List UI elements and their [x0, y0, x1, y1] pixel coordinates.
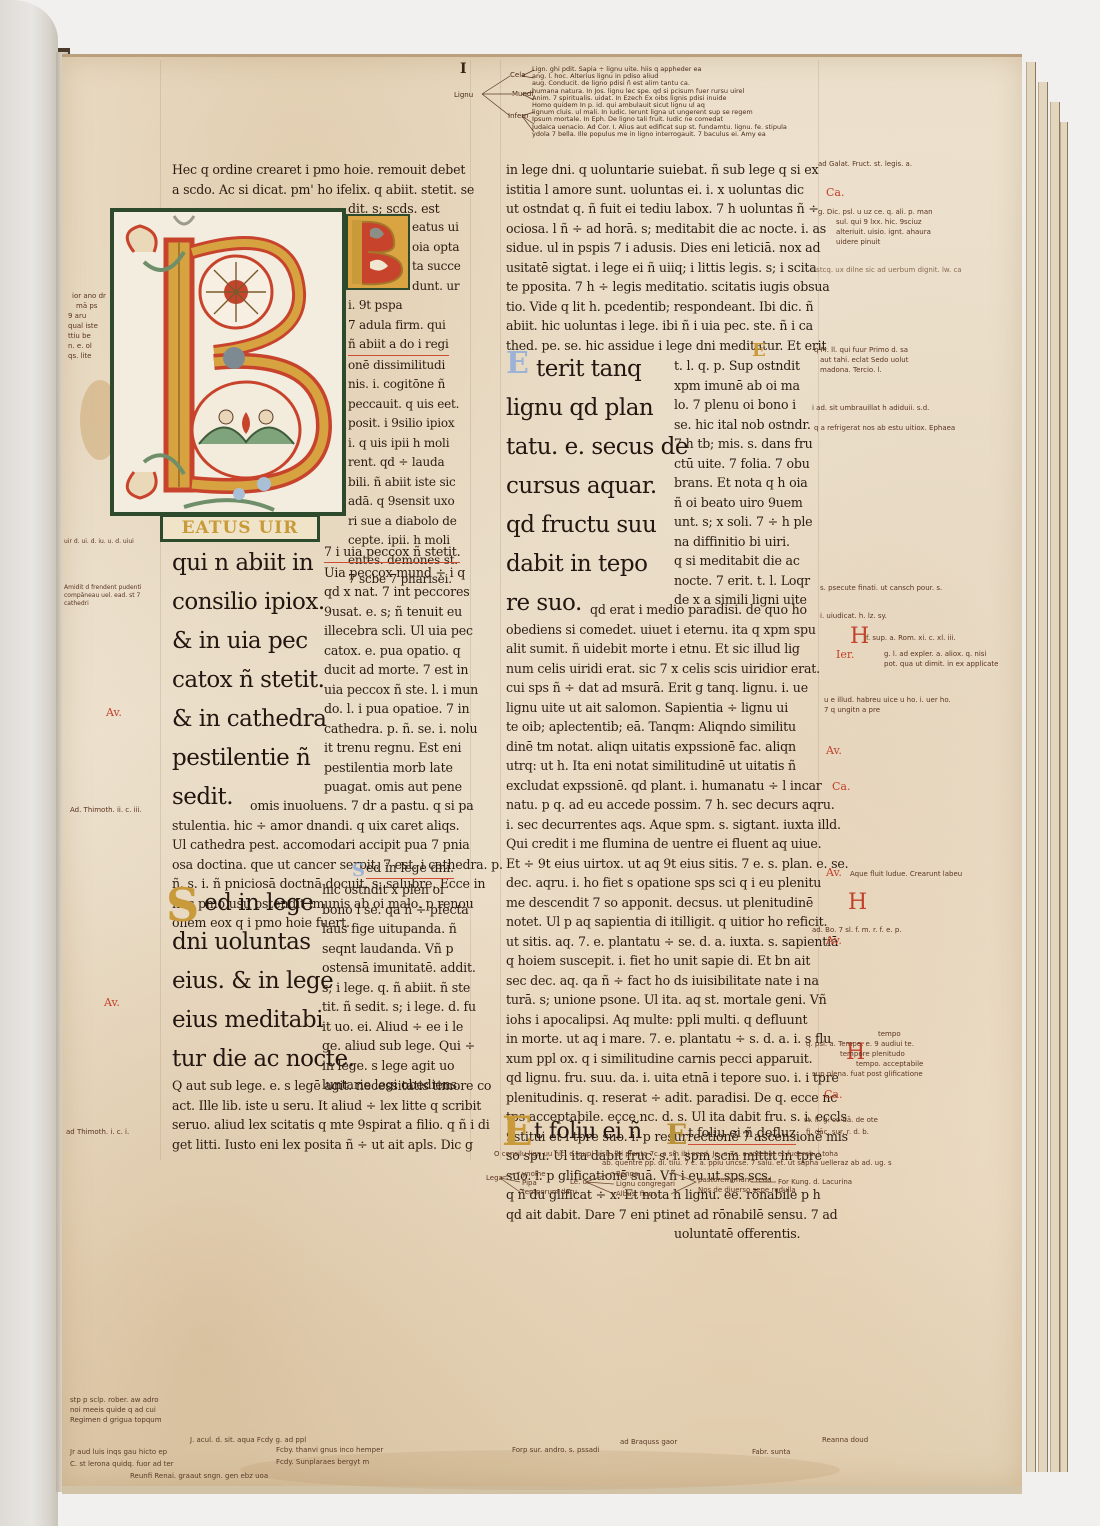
margin-note: ad. Bo. 7 sl. f. m. r. f. e. p.: [812, 926, 902, 934]
diagram-line: pastorem mune redd: [698, 1176, 772, 1185]
footer-note: Fcby. thanvi gnus inco hemper: [276, 1446, 383, 1455]
rubric-mark: Av.: [104, 996, 120, 1009]
footer-note: Fcdy. Sunplaraes bergyt m: [276, 1458, 369, 1467]
rubric-mark: Ca.: [832, 780, 850, 793]
gloss-line: notet. Ul p aq sapientia di itilligit. q…: [506, 912, 848, 932]
gloss-line: ut sitis. aq. 7. e. plantatu ÷ se. d. a.…: [506, 932, 848, 952]
gloss-line: a scdo. Ac si dicat. pm' ho ifelix. q ab…: [172, 180, 474, 200]
gloss-line: turā. s; unione psone. Ul ita. aq st. mo…: [506, 990, 848, 1010]
gloss-line: q si meditabit die ac: [674, 551, 813, 571]
gloss-line: uia peccox ñ ste. l. i mun: [324, 680, 478, 700]
diagram-branch: Lignu congregari: [616, 1180, 675, 1189]
stain: [240, 1450, 840, 1490]
footer-note: ad Braquss gaor: [620, 1438, 677, 1447]
gloss-line: Anim. 7 spiritualis. uidat. In Ezech Ex …: [532, 95, 812, 102]
gloss-line: Ipsum mortale. In Eph. De ligno tali fru…: [532, 116, 812, 123]
margin-note: qs. lite: [68, 352, 91, 360]
rubric-mark: Av.: [106, 706, 122, 719]
margin-note: ad Thimoth. i. c. i.: [66, 1128, 129, 1136]
psalm-1-right-gloss: 7 i uia peccox ñ stetit. Uia peccox mund…: [324, 542, 478, 797]
gloss-line: cui sps ñ ÷ dat ad msurā. Erit g tanq. l…: [506, 678, 848, 698]
gloss-line: i. sec decurrentes aqs. Aque spm. s. sig…: [506, 815, 848, 835]
gloss-line: alit sumit. ñ uidebit morte i etnu. Et s…: [506, 639, 848, 659]
gloss-line: ociosa. l ñ ÷ ad horā. s; meditabit die …: [506, 219, 830, 239]
psalm-line: cursus aquar.: [506, 467, 688, 506]
gloss-line: lo. 7 plenu oi bono i: [674, 395, 813, 415]
gloss-line: ducit ad morte. 7 est in: [324, 660, 478, 680]
footer-note: Regimen d grigua topqum: [70, 1416, 162, 1425]
gloss-line: dinē tm notat. aliqn uitatis expssionē f…: [506, 737, 848, 757]
gloss-line: omis inuoluens. 7 dr a pastu. q si pa: [172, 796, 503, 816]
diagram-branch: Pipa: [522, 1179, 537, 1188]
margin-note: ior ano dr: [72, 292, 106, 300]
diagram-root: Lega: [486, 1174, 503, 1183]
rubric-mark: Ca.: [826, 186, 844, 199]
diagram-branch: Infern: [508, 113, 528, 120]
gloss-line: in lege. s lege agit uo: [322, 1056, 476, 1076]
gold-initial-e-gloss: E: [666, 1118, 687, 1151]
psalm-line: qd fructu suu: [506, 506, 688, 545]
margin-note: tempore plenitudo: [840, 1050, 905, 1058]
diagram-line: Nos de diuerso sepe radulla: [698, 1186, 796, 1195]
gloss-line: brans. Et nota q h oia: [674, 473, 813, 493]
psalm-line: terit tanq: [506, 350, 688, 389]
psalm-3-right-gloss: t. l. q. p. Sup ostndit xpm imunē ab oi …: [674, 356, 813, 610]
gloss-line: lignu uite ut ait salomon. Sapientia ÷ l…: [506, 698, 848, 718]
gloss-line: tit. ñ sedit. s; i lege. d. fu: [322, 997, 476, 1017]
gloss-line: ang. l. hoc. Alterius lignu in pdiso ali…: [532, 73, 812, 80]
initial-b-drawing: [114, 212, 342, 512]
gloss-line: usitatē sigtat. i lege ei ñ uiiq; i litt…: [506, 258, 830, 278]
gloss-line: nis. i. cogitōne ñ: [348, 375, 461, 395]
gloss-initial: I: [460, 66, 467, 73]
closing-gloss: t foliu ei ñ defluz: [688, 1124, 796, 1145]
gloss-line: i. 9t pspa: [348, 296, 461, 316]
gloss-line: Q aut sub lege. e. s legē agit. necessit…: [172, 1076, 491, 1096]
gloss-line: catox. e. pua opatio. q: [324, 641, 478, 661]
gloss-line: illecebra scli. Ul uia pec: [324, 621, 478, 641]
margin-note: i. uiudicat. h. lz. sy.: [820, 612, 887, 620]
rubric-mark: Ier.: [836, 648, 854, 661]
gloss-line: dunt. ur: [348, 277, 461, 297]
psalm-verse-3: terit tanq lignu qd plan tatu. e. secus …: [506, 350, 688, 623]
margin-note: g. l. ad expler. a. aliox. q. nisi: [884, 650, 986, 658]
gold-initial-e-closing: E: [502, 1108, 533, 1155]
margin-note: 9 aru: [68, 312, 86, 320]
gloss-line: in lege dni. q uoluntarie suiebat. ñ sub…: [506, 160, 830, 180]
gloss-line: ñ abiit a do i regi: [348, 335, 449, 356]
illuminated-initial-b: [110, 208, 346, 516]
margin-note: alteriuit. uisio. ignt. ahaura: [836, 228, 931, 236]
gloss-line: laus fige uitupanda. ñ: [322, 919, 476, 939]
gloss-line: na diffinitio bi uiri.: [674, 532, 813, 552]
gloss-line: s; i lege. q. ñ abiit. ñ ste: [322, 978, 476, 998]
gloss-line: q hoiem suscepit. i. fiet ho unit sapie …: [506, 951, 848, 971]
gloss-line: unt. s; x soli. 7 ÷ h ple: [674, 512, 813, 532]
footer-note: Reunfi Renai. graaut sngn. gen ebz uoa: [130, 1472, 268, 1481]
gloss-line: cathedra. p. ñ. se. i. nolu: [324, 719, 478, 739]
margin-note: f. sup. a. Rom. xi. c. xl. iii.: [866, 634, 956, 642]
margin-note: i stcq. ux dilne sic ad uerbum dignit. l…: [812, 266, 962, 274]
gloss-line: xpm imunē ab oi ma: [674, 376, 813, 396]
margin-note: qual iste: [68, 322, 98, 330]
gloss-line: act. Ille lib. iste u seru. It aliud ÷ l…: [172, 1096, 491, 1116]
blue-initial-s: S: [352, 860, 365, 881]
gloss-line: Qui credit i me flumina de uentre ei flu…: [506, 834, 848, 854]
margin-note: Aque fluit ludue. Crearunt labeu: [850, 870, 962, 878]
psalm-line: consilio ipiox.: [172, 583, 326, 622]
margin-note: u e illud. habreu uice u ho. i. uer ho.: [824, 696, 951, 704]
gloss-line: seqnt laudanda. Vñ p: [322, 939, 476, 959]
margin-note: q. psl. a. Tempe. e. 9 audiui te.: [806, 1040, 914, 1048]
margin-note: uidere pinuit: [836, 238, 880, 246]
gloss-line: Lign. ghi pdit. Sapia ÷ lignu uite. hiis…: [532, 66, 812, 73]
gloss-line: qd lignu. fru. suu. da. i. uita etnā i t…: [506, 1068, 848, 1088]
gloss-line: abiit. hic uoluntas i lege. ibi ñ i uia …: [506, 316, 830, 336]
diagram-branch: Albus. flum.: [616, 1190, 658, 1199]
margin-note: Amidit d frendent pudenti compāneau uel.…: [64, 584, 164, 608]
diagram-lines: Lign. ghi pdit. Sapia ÷ lignu uite. hiis…: [532, 66, 812, 138]
margin-note: 7 q ungitn a pre: [824, 706, 880, 714]
psalm-2-right-gloss: hic ostndit x plen oi bono i se. qa ñ ÷ …: [322, 880, 476, 1095]
diagram-root: Lignu: [454, 92, 473, 99]
margin-note: fi. dāc. sur. r. d. b.: [806, 1128, 869, 1136]
margin-note: i ad. sit umbrauillat h adiduii. s.d.: [812, 404, 929, 412]
gloss-line: sec dec. aq. qa ñ ÷ fact ho ds iuisibili…: [506, 971, 848, 991]
gloss-line: humana natura. In Jos. lignu lec spe. qd…: [532, 88, 812, 95]
gloss-line: in morte. ut aq i mare. 7. e. plantatu ÷…: [506, 1029, 848, 1049]
footer-note: stp p sclp. rober. aw adro: [70, 1396, 158, 1405]
gloss-line: stulentia. hic ÷ amor dnandi. q uix care…: [172, 816, 503, 836]
gloss-line: seruo. aliud lex scitatis q mte 9spirat …: [172, 1115, 491, 1135]
gloss-line: ydola 7 bella. Ille populus me in ligno …: [532, 131, 812, 138]
gloss-line: posit. i 9silio ipiox: [348, 414, 461, 434]
initial-right-gloss: eatus ui oia opta ta succe dunt. ur i. 9…: [348, 218, 461, 590]
footer-note: Forp sur. andro. s. pssadi: [512, 1446, 599, 1455]
margin-note: q M. ll. qui fuur Primo d. sa: [814, 346, 908, 354]
gloss-line: lignum cluis. ul mali. In iudic. Ierunt …: [532, 109, 812, 116]
closing-psalm: t foliu ei ñ: [534, 1112, 642, 1151]
gloss-line: 7 i uia peccox ñ stetit.: [324, 542, 460, 563]
psalm-line: dabit in tepo: [506, 545, 688, 584]
gloss-line: hic ostndit x plen oi: [322, 880, 476, 900]
gloss-line: ri sue a diabolo de: [348, 512, 461, 532]
gloss-line: ut ostndat q. ñ fuit ei tediu labox. 7 h…: [506, 199, 830, 219]
margin-note: madona. Tercio. l.: [820, 366, 882, 374]
margin-note: s. psecute finati. ut cansch pour. s.: [820, 584, 942, 592]
gloss-line: aug. Conducit. de ligno pdisi ñ est alim…: [532, 80, 812, 87]
gloss-line: Homo quidem In p. id. qui ambulauit sicu…: [532, 102, 812, 109]
gloss-line: Hec q ordine crearet i pmo hoie. remouit…: [172, 160, 474, 180]
gloss-line: Uia peccox mund ÷ i q: [324, 563, 478, 583]
psalm-verse-1: qui n abiit in consilio ipiox. & in uia …: [172, 544, 326, 817]
rubric-mark: Av.: [826, 744, 842, 757]
gloss-line: ctū uite. 7 folia. 7 obu: [674, 454, 813, 474]
rubric-mark: Ca.: [824, 1088, 842, 1101]
gloss-line: xum ppl ox. q i similitudine carnis pecc…: [506, 1049, 848, 1069]
gloss-line: i. q uis ipii h moli: [348, 434, 461, 454]
facing-page-edge: [0, 0, 58, 1526]
gloss-line: dec. aqru. i. ho fiet s opatione sps sci…: [506, 873, 848, 893]
gloss-line: istitia l amore sunt. uoluntas ei. i. x …: [506, 180, 830, 200]
margin-note: st. ll. g. co dā. de ote: [804, 1116, 878, 1124]
psalm-line: & in uia pec: [172, 622, 326, 661]
footer-note: Reanna doud: [822, 1436, 868, 1445]
margin-note: uir d. ui. d. iu. u. d. uiui: [64, 538, 134, 546]
gloss-line: t. l. q. p. Sup ostndit: [674, 356, 813, 376]
gloss-line: plenitudinis. q. reserat ÷ adit. paradis…: [506, 1088, 848, 1108]
rubric-mark: Av.: [826, 934, 842, 947]
margin-note: sul. qui 9 lxx. hic. 9sciuz: [836, 218, 922, 226]
rubric-h-mark: H: [848, 890, 867, 915]
psalm-line: catox ñ stetit.: [172, 661, 326, 700]
gloss-line: ge. aliud sub lege. Qui ÷: [322, 1036, 476, 1056]
ruling-line: [500, 60, 501, 1160]
gloss-line: utrq: ut h. Ita eni notat similitudinē u…: [506, 756, 848, 776]
gloss-line: me descendit 7 so apponit. decsus. ut pl…: [506, 893, 848, 913]
gloss-line: sidue. ul in pspis 7 i adusis. Dies eni …: [506, 238, 830, 258]
diagram-branch: Bonga: [616, 1170, 638, 1179]
gloss-line: rent. qd ÷ lauda: [348, 453, 461, 473]
gloss-line: it uo. ei. Aliud ÷ ee i le: [322, 1017, 476, 1037]
psalm-line: & in cathedra: [172, 700, 326, 739]
gloss-line: natu. p q. ad eu accede possim. 7 h. sec…: [506, 795, 848, 815]
rubric-mark: Av.: [826, 866, 842, 879]
footer-note: Jr aud luis inqs gau hicto ep: [70, 1448, 167, 1457]
gloss-line: te pposita. 7 h ÷ legis meditatio. scita…: [506, 277, 830, 297]
margin-note: Ad. Thimoth. ii. c. iii.: [70, 806, 142, 814]
gloss-line: Ul cathedra pest. accomodari accipit pua…: [172, 835, 503, 855]
gloss-line: 9usat. e. s; ñ tenuit eu: [324, 602, 478, 622]
gloss-line: 7 adula firm. qui: [348, 316, 461, 336]
bottom-diagram-gloss: O consilu lign uu hic. d. aupl uisit. ib…: [486, 1150, 1026, 1230]
gloss-line: num celis uiridi erat. sic 7 x celis sci…: [506, 659, 848, 679]
diagram-branch: ynolhe: [522, 1170, 546, 1179]
beatus-vir-label: EATUS UIR: [160, 514, 320, 542]
gloss-line: pestilentia morb late: [324, 758, 478, 778]
gloss-line: Judaica uenacio. Ad Cor. I. Alius aut ed…: [532, 124, 812, 131]
gloss-line: ostensā imunitatē. addit.: [322, 958, 476, 978]
gloss-line: adā. q 9sensit uxo: [348, 492, 461, 512]
margin-note: n. e. ol: [68, 342, 92, 350]
diagram-branch: temporum daru: [522, 1188, 577, 1197]
diagram-branch: Cela: [510, 72, 525, 79]
margin-note: ad Galat. Fruct. st. legis. a.: [818, 160, 912, 168]
margin-note: pot. qua ut dimit. in ex applicate: [884, 660, 998, 668]
gloss-line: peccauit. q uis eet.: [348, 395, 461, 415]
gloss-line: bili. ñ abiit iste sic: [348, 473, 461, 493]
gloss-line: ab. quentre pp. di. tiiu. 7 c. a. ppiu u…: [486, 1159, 1026, 1168]
right-top-gloss: in lege dni. q uoluntarie suiebat. ñ sub…: [506, 160, 830, 355]
margin-note: sup plena. fuat post glificatione: [812, 1070, 923, 1078]
footer-note: C. st lerona quidq. fuor ad ter: [70, 1460, 174, 1469]
gloss-line: O consilu lign uu hic. d. aupl uisit. ib…: [486, 1150, 1026, 1159]
gloss-line: it trenu regnu. Est eni: [324, 738, 478, 758]
gloss-line: puagat. omis aut pene: [324, 777, 478, 797]
top-diagram-gloss: I Lignu Cela Mundi Infern Lign. ghi pdit…: [452, 62, 812, 142]
margin-note: aut tahi. eclat Sedo uolut: [820, 356, 908, 364]
gloss-line: qd erat i medio paradisi. de quo ho: [506, 600, 848, 620]
psalm-line: tatu. e. secus de: [506, 428, 688, 467]
gloss-line: qd x nat. 7 int peccores: [324, 582, 478, 602]
diagram-branch: Mundi: [512, 91, 533, 98]
gloss-line: 7 h tb; mis. s. dans fru: [674, 434, 813, 454]
gloss-line: nocte. 7 erit. t. l. Loqr: [674, 571, 813, 591]
left-bottom-gloss: Q aut sub lege. e. s legē agit. necessit…: [172, 1076, 491, 1154]
footer-note: J. acul. d. sit. aqua Fcdy g. ad ppl: [190, 1436, 306, 1445]
gloss-line: tio. Vide q lit h. pcedentib; respondean…: [506, 297, 830, 317]
gloss-line: eatus ui: [348, 218, 461, 238]
margin-note: tempo: [878, 1030, 901, 1038]
gloss-line: do. l. i pua opatioe. 7 in: [324, 699, 478, 719]
psalm-line: pestilentie ñ: [172, 739, 326, 778]
diagram-root: Le. d.: [570, 1178, 589, 1187]
gloss-line: bono i se. qa ñ ÷ pfecta: [322, 900, 476, 920]
page-stack-edges: [1020, 52, 1100, 1492]
gloss-line: se. hic ital nob ostndr.: [674, 415, 813, 435]
gloss-line: te oib; aplectentib; eā. Tanqm: Aliqndo …: [506, 717, 848, 737]
diagram-line: For Kung. d. Lacurina: [778, 1178, 852, 1187]
gloss-line: iohs i apocalipsi. Aq multe: ppli multi.…: [506, 1010, 848, 1030]
margin-note: ttiu be: [68, 332, 91, 340]
gloss-line: get litti. Iusto eni lex posita ñ ÷ ut a…: [172, 1135, 491, 1155]
margin-note: tempo. acceptabile: [856, 1060, 923, 1068]
gloss-line: ñ oi beato uiro 9uem: [674, 493, 813, 513]
sed-gloss-start: ed in lege dni.: [366, 858, 454, 879]
gloss-line: excludat expssionē. qd plant. i. humanat…: [506, 776, 848, 796]
footer-note: noi meeis quide q ad cui: [70, 1406, 156, 1415]
gloss-line: ta succe: [348, 257, 461, 277]
margin-note: q a refrigerat nos ab estu uitiox. Ephae…: [814, 424, 955, 432]
psalm-line: lignu qd plan: [506, 389, 688, 428]
gloss-line: onē dissimilitudi: [348, 356, 461, 376]
margin-note: mā ps: [76, 302, 97, 310]
psalm-line: qui n abiit in: [172, 544, 326, 583]
margin-note: g. Dic. psl. u uz ce. q. ali. p. man: [818, 208, 933, 216]
gloss-line: oia opta: [348, 238, 461, 258]
gloss-line: obediens si comedet. uiuet i eternu. ita…: [506, 620, 848, 640]
footer-note: Fabr. sunta: [752, 1448, 790, 1457]
gloss-line: Et ÷ 9t eius uirtox. ut aq 9t eius sitis…: [506, 854, 848, 874]
